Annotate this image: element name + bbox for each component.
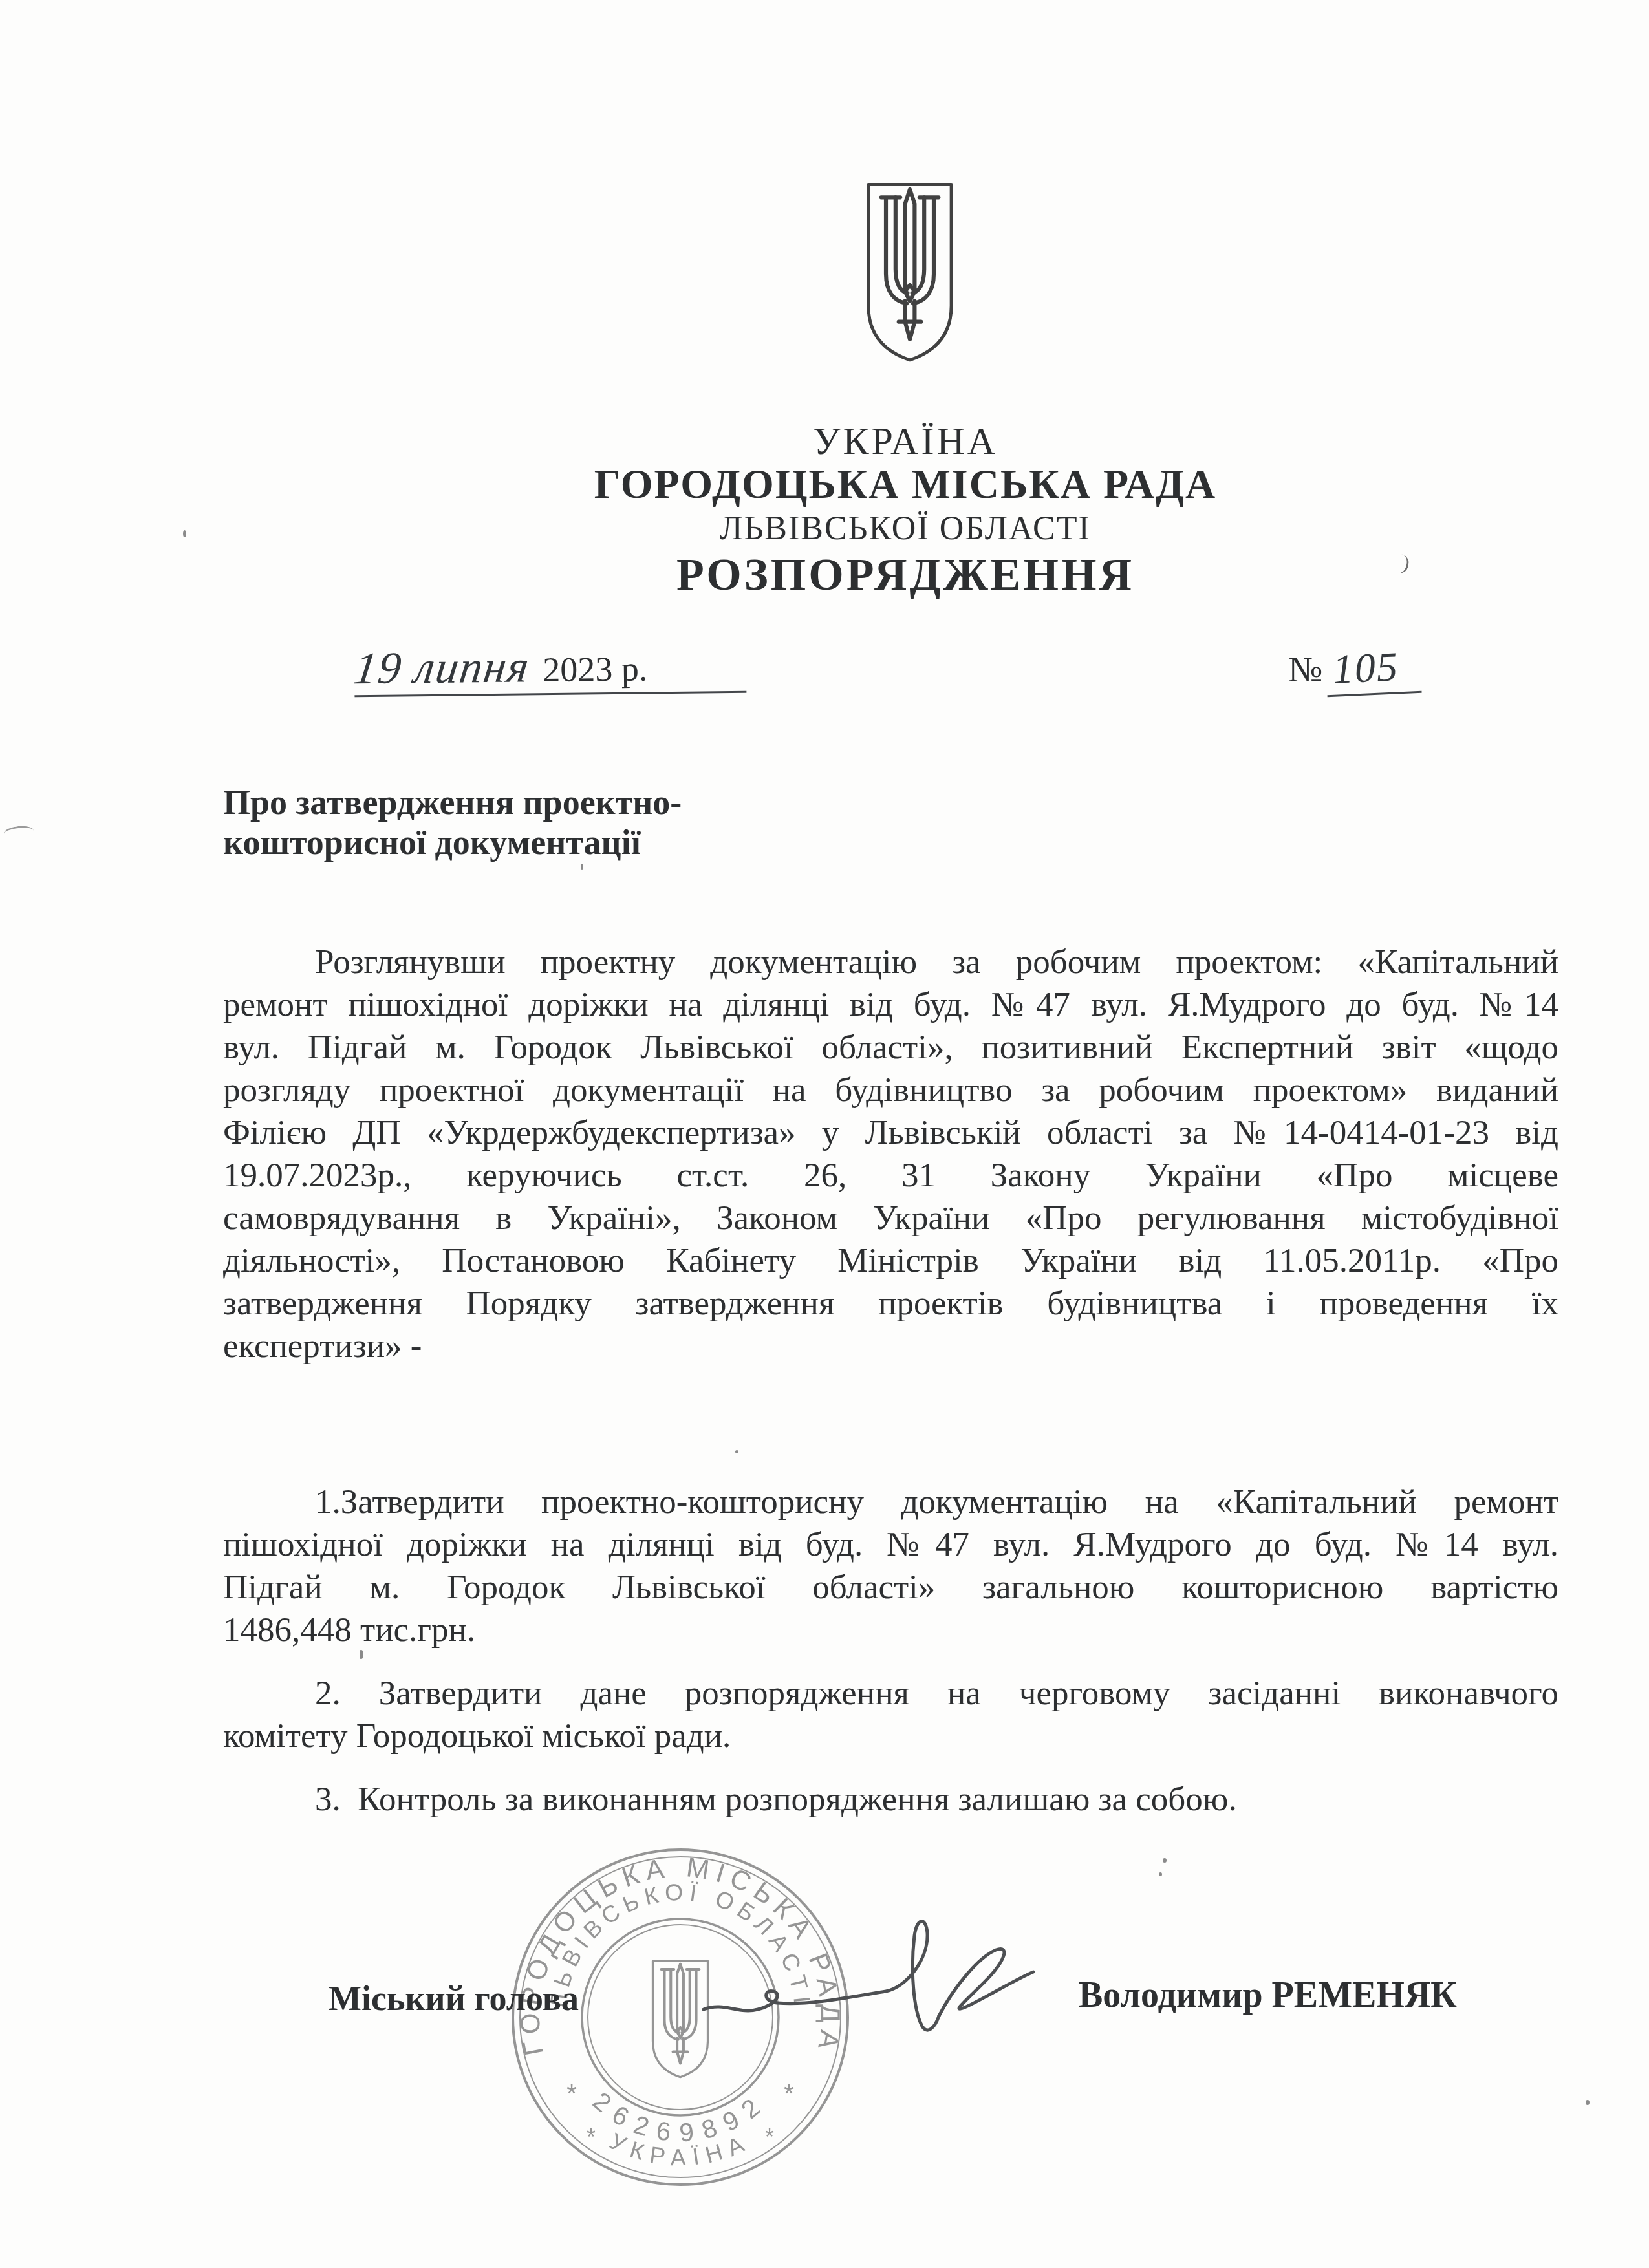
handwritten-date: 19 липня [351,644,533,692]
text-line: Філією ДП «Укрдержбудекспертиза» у Львів… [223,1111,1558,1154]
scan-artifact [360,1650,363,1659]
scan-artifact [1586,2100,1590,2105]
text-line: Розглянувши проектну документацію за роб… [223,941,1558,983]
signer-name: Володимир РЕМЕНЯК [1079,1974,1457,2016]
preamble-paragraph: Розглянувши проектну документацію за роб… [223,941,1558,1367]
scan-artifact [735,1450,738,1453]
subject-block: Про затвердження проектно-кошторисної до… [223,782,999,862]
scan-artifact [581,864,583,870]
text-line: 2. Затвердити дане розпорядження на черг… [223,1672,1558,1715]
text-line: кошторисної документації [223,822,999,862]
stamp-star-bottom-left: * [587,2124,596,2150]
text-line: комітету Городоцької міської ради. [223,1715,1558,1757]
text-line: ремонт пішохідної доріжки на ділянці від… [223,983,1558,1026]
date-field: 19 липня 2023 р. [354,642,747,697]
header-council-name: ГОРОДОЦЬКА МІСЬКА РАДА [246,460,1565,508]
scan-artifact [1159,1872,1162,1876]
resolution-item-1: 1.Затвердити проектно-кошторисну докумен… [223,1481,1558,1651]
scan-artifact [3,825,34,840]
text-line: затвердження Порядку затвердження проект… [223,1282,1558,1325]
text-line: 19.07.2023р., керуючись ст.ст. 26, 31 За… [223,1154,1558,1197]
text-line: 1486,448 тис.грн. [223,1609,1558,1651]
text-line: самоврядування в Україні», Законом Украї… [223,1197,1558,1239]
document-number-field: № 105 [1288,647,1421,695]
text-line: розгляду проектної документації на будів… [223,1069,1558,1111]
text-line: пішохідної доріжки на ділянці від буд. №… [223,1523,1558,1566]
ukraine-trident-emblem-icon [862,178,958,365]
text-line: експертизи» - [223,1325,1558,1367]
scan-artifact [183,530,186,537]
text-line: діяльності», Постановою Кабінету Міністр… [223,1239,1558,1282]
stamp-star-bottom-right: * [765,2124,774,2150]
stamp-star-left: * [566,2080,577,2108]
number-sign: № [1288,649,1322,690]
header-country: УКРАЇНА [246,419,1565,464]
handwritten-number: 105 [1326,645,1422,697]
signer-title: Міський голова [329,1978,579,2018]
text-line: Про затвердження проектно- [223,782,999,822]
header-region: ЛЬВІВСЬКОЇ ОБЛАСТІ [246,509,1565,548]
resolution-item-3: 3. Контроль за виконанням розпорядження … [223,1778,1558,1821]
typed-year: 2023 р. [543,648,648,690]
document-title: РОЗПОРЯДЖЕННЯ [246,550,1565,601]
resolution-item-2: 2. Затвердити дане розпорядження на черг… [223,1672,1558,1757]
scanned-document-page: УКРАЇНА ГОРОДОЦЬКА МІСЬКА РАДА ЛЬВІВСЬКО… [0,0,1649,2268]
signature-scribble [679,1899,1145,2087]
scan-artifact [1163,1858,1167,1863]
text-line: Підгай м. Городок Львівської області» за… [223,1566,1558,1609]
text-line: вул. Підгай м. Городок Львівської област… [223,1026,1558,1069]
text-line: 3. Контроль за виконанням розпорядження … [223,1778,1558,1821]
text-line: 1.Затвердити проектно-кошторисну докумен… [223,1481,1558,1523]
